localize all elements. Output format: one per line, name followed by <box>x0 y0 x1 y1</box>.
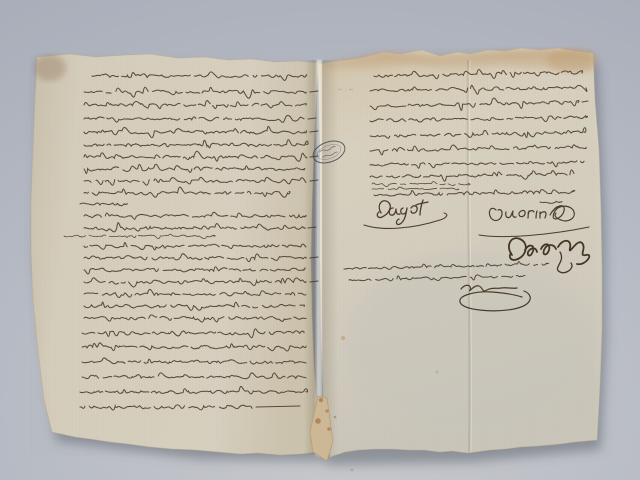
corner-stain-topleft <box>34 55 66 81</box>
left-page <box>30 54 322 456</box>
right-page <box>318 48 602 458</box>
manuscript-photo: Photograph of a two-page handwritten Fre… <box>0 0 640 480</box>
corner-stain <box>546 48 598 72</box>
paper-texture-left <box>30 54 322 456</box>
photo-scene: Photograph of a two-page handwritten Fre… <box>0 0 640 480</box>
